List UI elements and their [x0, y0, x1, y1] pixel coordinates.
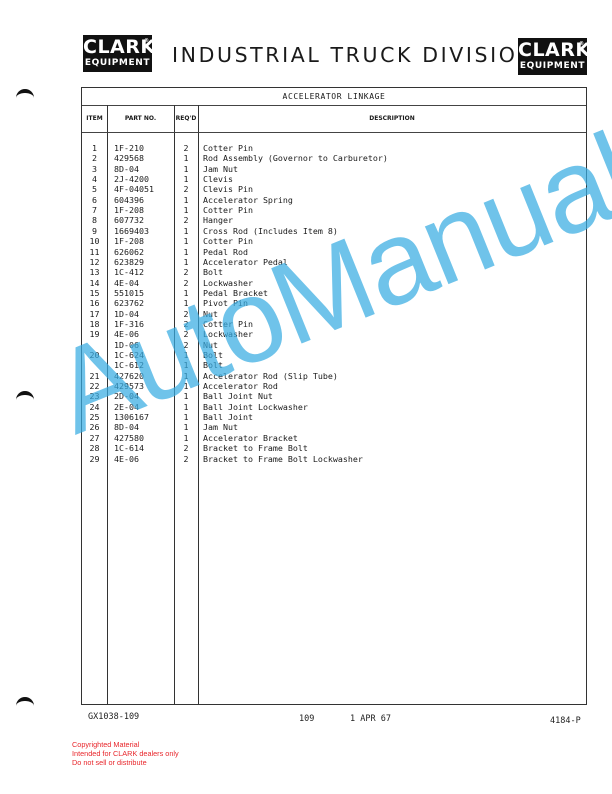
column-header-item: ITEM: [82, 105, 107, 132]
part-number-cell: 1F-210: [114, 143, 144, 153]
description-cell: Ball Joint Nut: [203, 391, 273, 401]
form-number: 4184-P: [550, 716, 581, 726]
part-number-cell: 1669403: [114, 226, 149, 236]
column-header-qty: REQ'D: [174, 105, 198, 132]
part-number-cell: 1F-208: [114, 236, 144, 246]
table-row: 11F-2102Cotter Pin: [82, 143, 586, 153]
description-cell: Ball Joint: [203, 412, 253, 422]
description-cell: Nut: [203, 309, 218, 319]
item-cell: 4: [82, 174, 107, 184]
item-cell: 3: [82, 164, 107, 174]
quantity-cell: 1: [174, 174, 198, 184]
part-number-cell: 1C-624: [114, 350, 144, 360]
table-row: 38D-041Jam Nut: [82, 164, 586, 174]
part-number-cell: 2J-4200: [114, 174, 149, 184]
item-cell: 13: [82, 267, 107, 277]
table-row: 166237621Pivot Pin: [82, 298, 586, 308]
table-row: 294E-062Bracket to Frame Bolt Lockwasher: [82, 454, 586, 464]
item-cell: 9: [82, 226, 107, 236]
description-cell: Accelerator Bracket: [203, 433, 298, 443]
quantity-cell: 1: [174, 288, 198, 298]
table-row: 144E-042Lockwasher: [82, 278, 586, 288]
clark-logo-right: CLARK EQUIPMENT ®: [518, 38, 587, 75]
table-row: 71F-2081Cotter Pin: [82, 205, 586, 215]
quantity-cell: 2: [174, 143, 198, 153]
description-cell: Bracket to Frame Bolt: [203, 443, 308, 453]
part-number-cell: 607732: [114, 215, 144, 225]
quantity-cell: 1: [174, 257, 198, 267]
item-cell: 1: [82, 143, 107, 153]
table-row: 86077322Hanger: [82, 215, 586, 225]
part-number-cell: 1D-06: [114, 340, 139, 350]
table-row: 126238291Accelerator Pedal: [82, 257, 586, 267]
quantity-cell: 1: [174, 236, 198, 246]
part-number-cell: 1F-316: [114, 319, 144, 329]
description-cell: Accelerator Rod (Slip Tube): [203, 371, 338, 381]
description-cell: Accelerator Rod: [203, 381, 278, 391]
description-cell: Nut: [203, 340, 218, 350]
part-number-cell: 429573: [114, 381, 144, 391]
part-number-cell: 4F-04051: [114, 184, 154, 194]
description-cell: Bolt: [203, 360, 223, 370]
part-number-cell: 427580: [114, 433, 144, 443]
item-cell: 18: [82, 319, 107, 329]
part-number-cell: 1306167: [114, 412, 149, 422]
table-row: 916694031Cross Rod (Includes Item 8): [82, 226, 586, 236]
part-number-cell: 1C-412: [114, 267, 144, 277]
table-row: 268D-041Jam Nut: [82, 422, 586, 432]
table-row: 201C-6241Bolt: [82, 350, 586, 360]
quantity-cell: 1: [174, 247, 198, 257]
page-number: 109: [299, 714, 314, 724]
description-cell: Cotter Pin: [203, 143, 253, 153]
clark-logo-left: CLARK EQUIPMENT ®: [83, 35, 152, 72]
table-row: 274275801Accelerator Bracket: [82, 433, 586, 443]
quantity-cell: 2: [174, 215, 198, 225]
item-cell: 22: [82, 381, 107, 391]
item-cell: 25: [82, 412, 107, 422]
table-row: 242E-041Ball Joint Lockwasher: [82, 402, 586, 412]
part-number-cell: 1D-04: [114, 309, 139, 319]
description-cell: Jam Nut: [203, 422, 238, 432]
binder-hole-mark: [16, 89, 34, 98]
table-row: 194E-062Lockwasher: [82, 329, 586, 339]
quantity-cell: 1: [174, 371, 198, 381]
item-cell: 2: [82, 153, 107, 163]
description-cell: Ball Joint Lockwasher: [203, 402, 308, 412]
table-row: 42J-42001Clevis: [82, 174, 586, 184]
quantity-cell: 1: [174, 153, 198, 163]
item-cell: 28: [82, 443, 107, 453]
quantity-cell: 1: [174, 350, 198, 360]
item-cell: 19: [82, 329, 107, 339]
item-cell: 8: [82, 215, 107, 225]
table-row: 281C-6142Bracket to Frame Bolt: [82, 443, 586, 453]
description-cell: Bolt: [203, 350, 223, 360]
binder-hole-mark: [16, 391, 34, 400]
item-cell: 17: [82, 309, 107, 319]
description-cell: Bracket to Frame Bolt Lockwasher: [203, 454, 363, 464]
table-row: 131C-4122Bolt: [82, 267, 586, 277]
table-title: ACCELERATOR LINKAGE: [82, 88, 586, 106]
parts-table: ACCELERATOR LINKAGE ITEM PART NO. REQ'D …: [81, 87, 587, 705]
quantity-cell: 2: [174, 267, 198, 277]
quantity-cell: 2: [174, 454, 198, 464]
table-row: 1D-062Nut: [82, 340, 586, 350]
quantity-cell: 1: [174, 412, 198, 422]
description-cell: Accelerator Pedal: [203, 257, 288, 267]
description-cell: Pedal Rod: [203, 247, 248, 257]
part-number-cell: 626062: [114, 247, 144, 257]
description-cell: Jam Nut: [203, 164, 238, 174]
table-row: 214276201Accelerator Rod (Slip Tube): [82, 371, 586, 381]
table-row: 232D-041Ball Joint Nut: [82, 391, 586, 401]
description-cell: Bolt: [203, 267, 223, 277]
description-cell: Clevis: [203, 174, 233, 184]
table-row: 171D-042Nut: [82, 309, 586, 319]
copyright-notice: Copyrighted Material Intended for CLARK …: [72, 740, 179, 768]
item-cell: 5: [82, 184, 107, 194]
column-header-description: DESCRIPTION: [198, 105, 586, 132]
quantity-cell: 2: [174, 329, 198, 339]
issue-date: 1 APR 67: [350, 714, 391, 724]
part-number-cell: 4E-04: [114, 278, 139, 288]
quantity-cell: 1: [174, 391, 198, 401]
item-cell: 29: [82, 454, 107, 464]
doc-code: GX1038-109: [88, 712, 139, 722]
description-cell: Clevis Pin: [203, 184, 253, 194]
item-cell: 16: [82, 298, 107, 308]
item-cell: 21: [82, 371, 107, 381]
quantity-cell: 2: [174, 443, 198, 453]
part-number-cell: 8D-04: [114, 422, 139, 432]
table-row: 1C-6121Bolt: [82, 360, 586, 370]
table-row: 54F-040512Clevis Pin: [82, 184, 586, 194]
description-cell: Cotter Pin: [203, 319, 253, 329]
quantity-cell: 1: [174, 422, 198, 432]
part-number-cell: 1C-614: [114, 443, 144, 453]
item-cell: 20: [82, 350, 107, 360]
quantity-cell: 1: [174, 298, 198, 308]
part-number-cell: 2E-04: [114, 402, 139, 412]
item-cell: 6: [82, 195, 107, 205]
description-cell: Rod Assembly (Governor to Carburetor): [203, 153, 388, 163]
part-number-cell: 1F-208: [114, 205, 144, 215]
quantity-cell: 2: [174, 278, 198, 288]
part-number-cell: 2D-04: [114, 391, 139, 401]
item-cell: 24: [82, 402, 107, 412]
item-cell: 7: [82, 205, 107, 215]
part-number-cell: 623829: [114, 257, 144, 267]
table-row: 116260621Pedal Rod: [82, 247, 586, 257]
table-row: 181F-3162Cotter Pin: [82, 319, 586, 329]
table-row: 155510151Pedal Bracket: [82, 288, 586, 298]
description-cell: Accelerator Spring: [203, 195, 293, 205]
quantity-cell: 2: [174, 340, 198, 350]
description-cell: Hanger: [203, 215, 233, 225]
part-number-cell: 623762: [114, 298, 144, 308]
binder-hole-mark: [16, 697, 34, 706]
item-cell: 23: [82, 391, 107, 401]
item-cell: 11: [82, 247, 107, 257]
description-cell: Cotter Pin: [203, 205, 253, 215]
part-number-cell: 429568: [114, 153, 144, 163]
quantity-cell: 1: [174, 402, 198, 412]
table-row: 101F-2081Cotter Pin: [82, 236, 586, 246]
part-number-cell: 4E-06: [114, 329, 139, 339]
division-title: INDUSTRIAL TRUCK DIVISION: [172, 43, 535, 67]
description-cell: Lockwasher: [203, 329, 253, 339]
quantity-cell: 1: [174, 226, 198, 236]
item-cell: 12: [82, 257, 107, 267]
quantity-cell: 2: [174, 309, 198, 319]
description-cell: Pivot Pin: [203, 298, 248, 308]
part-number-cell: 551015: [114, 288, 144, 298]
quantity-cell: 1: [174, 381, 198, 391]
table-row: 24295681Rod Assembly (Governor to Carbur…: [82, 153, 586, 163]
item-cell: 15: [82, 288, 107, 298]
table-row: 2513061671Ball Joint: [82, 412, 586, 422]
description-cell: Pedal Bracket: [203, 288, 268, 298]
header-divider: [82, 132, 586, 133]
table-row: 224295731Accelerator Rod: [82, 381, 586, 391]
part-number-cell: 1C-612: [114, 360, 144, 370]
description-cell: Cotter Pin: [203, 236, 253, 246]
quantity-cell: 1: [174, 360, 198, 370]
table-row: 66043961Accelerator Spring: [82, 195, 586, 205]
part-number-cell: 8D-04: [114, 164, 139, 174]
quantity-cell: 1: [174, 164, 198, 174]
part-number-cell: 604396: [114, 195, 144, 205]
quantity-cell: 1: [174, 205, 198, 215]
item-cell: 10: [82, 236, 107, 246]
column-header-part: PART NO.: [107, 105, 174, 132]
description-cell: Cross Rod (Includes Item 8): [203, 226, 338, 236]
part-number-cell: 4E-06: [114, 454, 139, 464]
part-number-cell: 427620: [114, 371, 144, 381]
description-cell: Lockwasher: [203, 278, 253, 288]
item-cell: 14: [82, 278, 107, 288]
quantity-cell: 2: [174, 319, 198, 329]
item-cell: 27: [82, 433, 107, 443]
item-cell: 26: [82, 422, 107, 432]
quantity-cell: 2: [174, 184, 198, 194]
quantity-cell: 1: [174, 195, 198, 205]
quantity-cell: 1: [174, 433, 198, 443]
